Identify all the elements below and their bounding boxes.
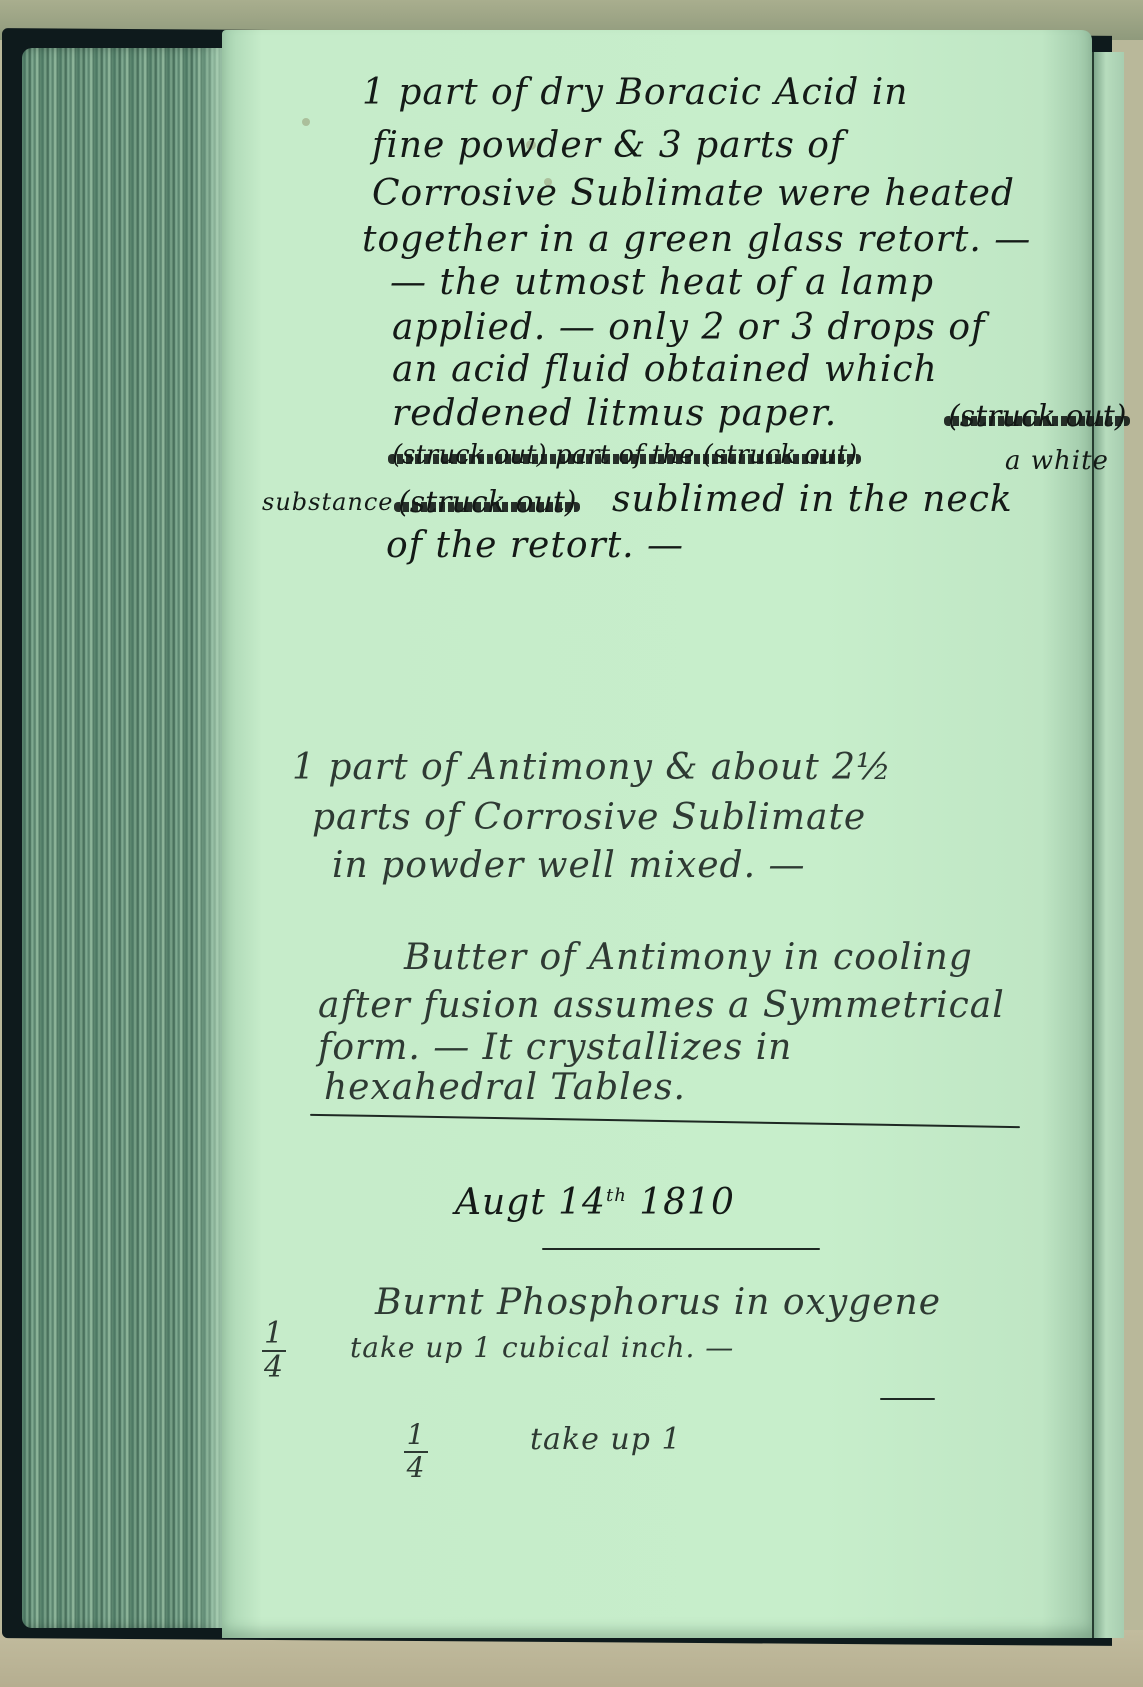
entry2-line2: parts of Corrosive Sublimate <box>312 800 866 836</box>
entry1-margin-word: substance <box>262 490 394 514</box>
entry3-line1: Burnt Phosphorus in oxygene <box>375 1285 941 1321</box>
entry1-line10: sublimed in the neck <box>612 482 1013 518</box>
date-month: Augt <box>455 1182 546 1223</box>
entry1-line8: reddened litmus paper. <box>392 396 837 432</box>
fraction-2: 1 4 <box>404 1420 428 1484</box>
date-year: 1810 <box>639 1182 735 1223</box>
next-page-edge <box>1092 52 1124 1638</box>
date-day: 14 <box>558 1182 606 1223</box>
entry2-line3: in powder well mixed. — <box>332 848 805 884</box>
struck-word-2: (struck out) <box>398 488 576 518</box>
entry1-line11: of the retort. — <box>386 528 684 564</box>
fraction-2-numerator: 1 <box>404 1420 428 1451</box>
entry3-line2: take up 1 cubical inch. — <box>350 1334 734 1362</box>
entry2-line4: Butter of Antimony in cooling <box>404 940 973 976</box>
entry1-line7: an acid fluid obtained which <box>392 352 938 388</box>
struck-phrase: (struck out) part of the (struck out) <box>392 442 857 468</box>
dash-mark <box>880 1398 935 1400</box>
entry3-line3: take up 1 <box>530 1425 682 1455</box>
entry2-line1: 1 part of Antimony & about 2½ <box>292 750 892 786</box>
entry1-line5: — the utmost heat of a lamp <box>390 265 934 301</box>
entry1-line4: together in a green glass retort. — <box>362 222 1031 258</box>
entry1-line2: fine powder & 3 parts of <box>372 128 844 164</box>
page-edges-stack <box>22 48 227 1628</box>
fraction-1: 1 4 <box>262 1318 286 1383</box>
entry2-line5: after fusion assumes a Symmetrical <box>318 988 1005 1024</box>
entry1-line3: Corrosive Sublimate were heated <box>372 176 1015 212</box>
entry2-line7: hexahedral Tables. <box>324 1070 686 1106</box>
entry2-line6: form. — It crystallizes in <box>318 1030 792 1066</box>
fraction-1-denominator: 4 <box>262 1350 286 1384</box>
entry1-line9: a white <box>1005 448 1109 474</box>
struck-word: (struck out) <box>948 402 1126 432</box>
entry1-line1: 1 part of dry Boracic Acid in <box>362 75 908 111</box>
date-suffix: th <box>606 1185 627 1206</box>
entry1-line6: applied. — only 2 or 3 drops of <box>392 310 985 346</box>
ink-spot <box>302 118 310 126</box>
fraction-2-denominator: 4 <box>404 1451 428 1484</box>
date-underline <box>542 1248 820 1250</box>
fraction-1-numerator: 1 <box>262 1318 286 1350</box>
date-heading: Augt 14th 1810 <box>455 1185 735 1221</box>
